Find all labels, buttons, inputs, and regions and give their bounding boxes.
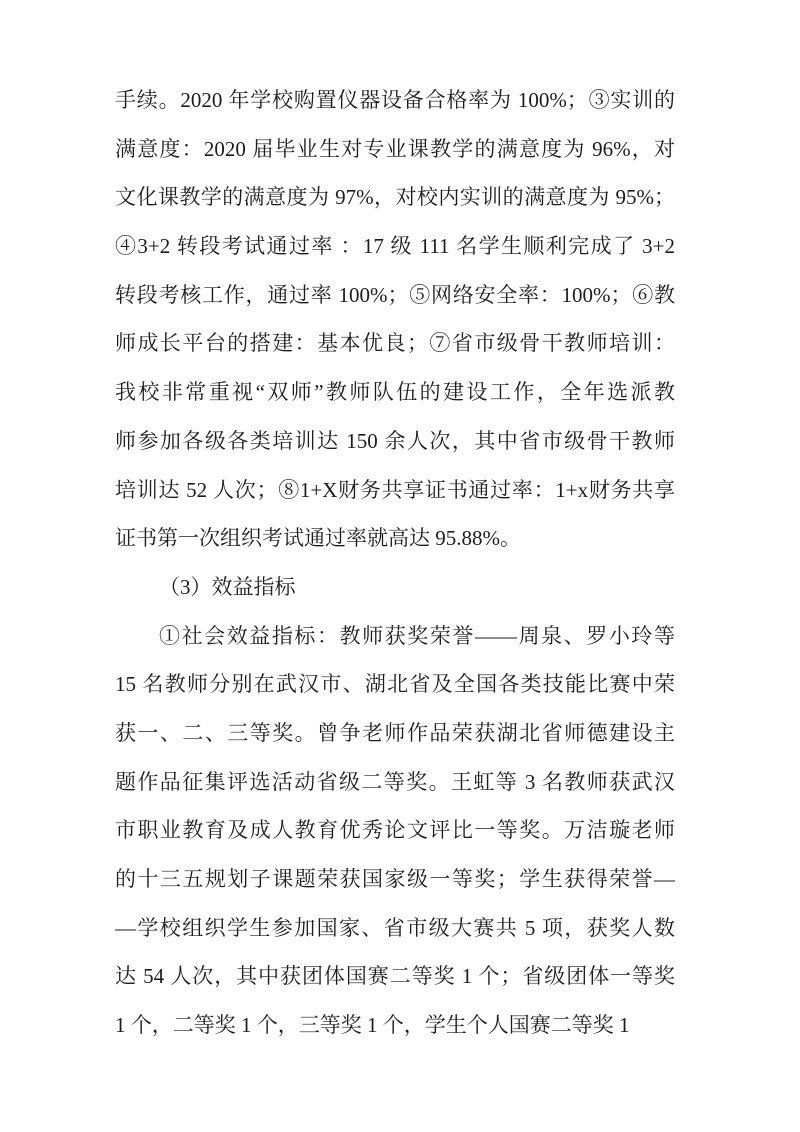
text-line: 师参加各级各类培训达 150 余人次，其中省市级骨干教师 xyxy=(115,417,675,466)
text-line: 转段考核工作，通过率 100%；⑤网络安全率：100%；⑥教 xyxy=(115,271,675,320)
text-line: 手续。2020 年学校购置仪器设备合格率为 100%；③实训的 xyxy=(115,76,675,125)
text-line: 市职业教育及成人教育优秀论文评比一等奖。万洁璇老师 xyxy=(115,806,675,855)
text-line-paragraph-start: ①社会效益指标：教师获奖荣誉——周泉、罗小玲等 xyxy=(115,612,675,661)
text-line: 培训达 52 人次；⑧1+X财务共享证书通过率：1+x财务共享 xyxy=(115,466,675,515)
text-line: —学校组织学生参加国家、省市级大赛共 5 项，获奖人数 xyxy=(115,904,675,953)
text-line-page-break: 1 个，二等奖 1 个，三等奖 1 个，学生个人国赛二等奖 1 xyxy=(115,1001,675,1050)
text-line: 15 名教师分别在武汉市、湖北省及全国各类技能比赛中荣 xyxy=(115,660,675,709)
document-page: 手续。2020 年学校购置仪器设备合格率为 100%；③实训的 满意度：2020… xyxy=(0,0,800,1132)
text-line: 获一、二、三等奖。曾争老师作品荣获湖北省师德建设主 xyxy=(115,709,675,758)
text-line: 题作品征集评选活动省级二等奖。王虹等 3 名教师获武汉 xyxy=(115,758,675,807)
text-line: 达 54 人次，其中获团体国赛二等奖 1 个；省级团体一等奖 xyxy=(115,952,675,1001)
section-heading-benefit-indicators: （3）效益指标 xyxy=(115,563,675,612)
document-body: 手续。2020 年学校购置仪器设备合格率为 100%；③实训的 满意度：2020… xyxy=(115,76,675,1050)
text-line-paragraph-end: 证书第一次组织考试通过率就高达 95.88%。 xyxy=(115,514,675,563)
text-line: 的十三五规划子课题荣获国家级一等奖；学生获得荣誉— xyxy=(115,855,675,904)
text-line: 满意度：2020 届毕业生对专业课教学的满意度为 96%，对 xyxy=(115,125,675,174)
text-line: ④3+2 转段考试通过率 ：17 级 111 名学生顺利完成了 3+2 xyxy=(115,222,675,271)
text-line: 文化课教学的满意度为 97%，对校内实训的满意度为 95%； xyxy=(115,173,675,222)
text-line: 我校非常重视“双师”教师队伍的建设工作，全年选派教 xyxy=(115,368,675,417)
text-line: 师成长平台的搭建：基本优良；⑦省市级骨干教师培训： xyxy=(115,319,675,368)
